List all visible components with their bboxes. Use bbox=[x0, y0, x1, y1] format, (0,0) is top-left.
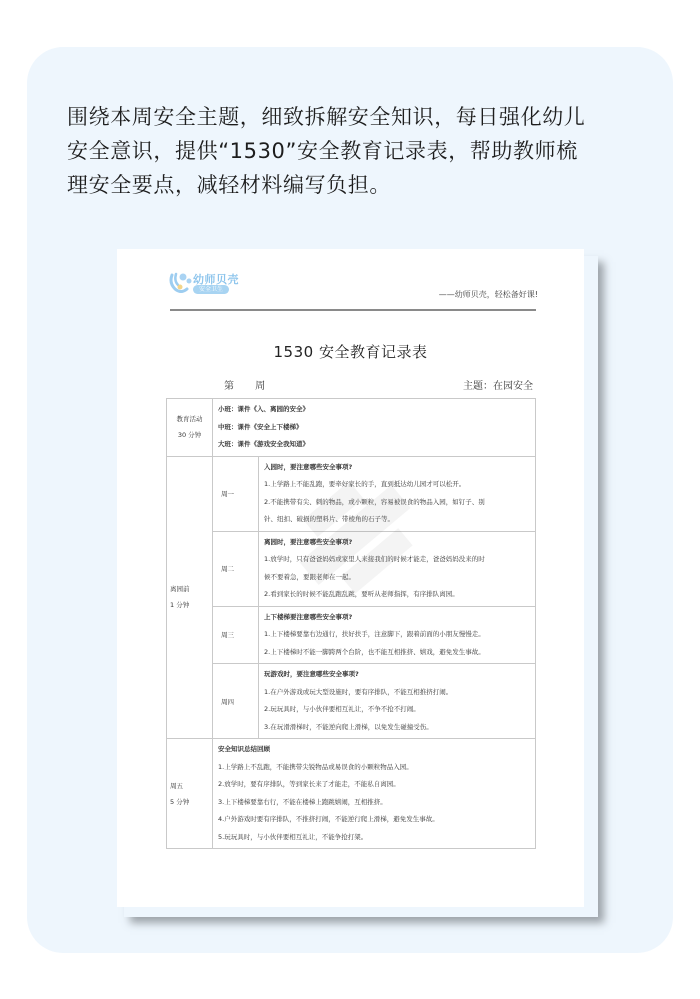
logo: 幼师贝壳 安全卫生 bbox=[167, 269, 267, 299]
cell-duration: 1 分钟 bbox=[170, 597, 212, 613]
day-cell: 周四 bbox=[213, 664, 259, 739]
education-item: 小班：课件《入、离园的安全》 bbox=[218, 401, 531, 419]
table-row-wednesday: 周三 上下楼梯要注意哪些安全事项? 1.上下楼梯要靠右边通行，扶好扶手，注意脚下… bbox=[167, 606, 536, 664]
cell-duration: 30 分钟 bbox=[167, 427, 212, 443]
day-heading: 离园时，要注意哪些安全事项? bbox=[264, 534, 531, 552]
intro-line: 围绕本周安全主题，细致拆解安全知识，每日强化幼儿 bbox=[67, 100, 637, 134]
table-row-tuesday: 周二 离园时，要注意哪些安全事项? 1.放学时，只有爸爸妈妈或家里人来接我们的时… bbox=[167, 531, 536, 606]
friday-heading: 安全知识总结回顾 bbox=[218, 741, 531, 759]
table-row-monday: 离园前 1 分钟 周一 入园时，要注意哪些安全事项? 1.上学路上不能乱跑，要牵… bbox=[167, 456, 536, 531]
slogan: ——幼师贝壳，轻松备好课! bbox=[439, 289, 538, 300]
day-heading: 玩游戏时，要注意哪些安全事项? bbox=[264, 666, 531, 684]
day-content-cell: 玩游戏时，要注意哪些安全事项? 1.在户外游戏或玩大型设施时，要有序排队，不能互… bbox=[259, 664, 536, 739]
document-header: 幼师贝壳 安全卫生 ——幼师贝壳，轻松备好课! bbox=[167, 269, 538, 307]
day-line: 2.不能携带有尖、刺的物品，或小颗粒，容易被误食的物品入园，如钉子、别 bbox=[264, 494, 531, 512]
cell-duration: 5 分钟 bbox=[170, 794, 212, 810]
day-line: 1.放学时，只有爸爸妈妈或家里人来接我们的时候才能走，爸爸妈妈没来的时 bbox=[264, 551, 531, 569]
document-title: 1530 安全教育记录表 bbox=[117, 341, 584, 362]
day-content-cell: 离园时，要注意哪些安全事项? 1.放学时，只有爸爸妈妈或家里人来接我们的时候才能… bbox=[259, 531, 536, 606]
day-line: 2.看到家长的时候不能乱跑乱跳，要听从老师指挥，有序排队离园。 bbox=[264, 586, 531, 604]
day-line: 2.玩玩具时，与小伙伴要相互礼让，不争不抢不打闹。 bbox=[264, 701, 531, 719]
friday-line: 2.放学时，要有序排队，等到家长来了才能走，不能私自离园。 bbox=[218, 776, 531, 794]
day-line: 3.在玩滑滑梯时，不能逆向爬上滑梯，以免发生碰撞受伤。 bbox=[264, 719, 531, 737]
education-item: 中班：课件《安全上下楼梯》 bbox=[218, 419, 531, 437]
day-content-cell: 入园时，要注意哪些安全事项? 1.上学路上不能乱跑，要牵好家长的手，直到抵达幼儿… bbox=[259, 456, 536, 531]
document-preview: 幼师贝壳 安全卫生 ——幼师贝壳，轻松备好课! 1530 安全教育记录表 第 周… bbox=[117, 249, 584, 907]
intro-text: 围绕本周安全主题，细致拆解安全知识，每日强化幼儿 安全意识，提供“1530”安全… bbox=[67, 100, 637, 202]
friday-line: 4.户外游戏时要有序排队，不推挤打闹，不能逆行爬上滑梯，避免发生事故。 bbox=[218, 811, 531, 829]
cell-label: 教育活动 bbox=[167, 411, 212, 427]
table-row-friday: 周五 5 分钟 安全知识总结回顾 1.上学路上不乱跑，不能携带尖锐物品或易误食的… bbox=[167, 739, 536, 849]
friday-line: 3.上下楼梯要靠右行，不能在楼梯上跑跳嬉闹，互相推挤。 bbox=[218, 794, 531, 812]
education-label-cell: 教育活动 30 分钟 bbox=[167, 399, 213, 457]
day-line: 1.在户外游戏或玩大型设施时，要有序排队，不能互相推挤打闹。 bbox=[264, 684, 531, 702]
day-cell: 周一 bbox=[213, 456, 259, 531]
day-line: 2.上下楼梯时不能一脚跨两个台阶，也不能互相推挤、嬉戏，避免发生事故。 bbox=[264, 644, 531, 662]
day-line: 1.上学路上不能乱跑，要牵好家长的手，直到抵达幼儿园才可以松开。 bbox=[264, 476, 531, 494]
logo-badge: 安全卫生 bbox=[193, 285, 229, 294]
table-row-education: 教育活动 30 分钟 小班：课件《入、离园的安全》 中班：课件《安全上下楼梯》 … bbox=[167, 399, 536, 457]
day-heading: 入园时，要注意哪些安全事项? bbox=[264, 459, 531, 477]
theme-label: 主题：在园安全 bbox=[463, 377, 533, 392]
day-heading: 上下楼梯要注意哪些安全事项? bbox=[264, 609, 531, 627]
day-line: 针、纽扣、破损的塑料片、带棱角的石子等。 bbox=[264, 511, 531, 529]
day-content-cell: 上下楼梯要注意哪些安全事项? 1.上下楼梯要靠右边通行，扶好扶手，注意脚下，跟着… bbox=[259, 606, 536, 664]
shell-hand-logo-icon bbox=[167, 269, 193, 295]
day-cell: 周三 bbox=[213, 606, 259, 664]
cell-label: 周五 bbox=[170, 778, 212, 794]
day-cell: 周二 bbox=[213, 531, 259, 606]
intro-line: 安全意识，提供“1530”安全教育记录表，帮助教师梳 bbox=[67, 134, 637, 168]
week-label: 第 周 bbox=[224, 377, 265, 392]
education-content-cell: 小班：课件《入、离园的安全》 中班：课件《安全上下楼梯》 大班：课件《游戏安全我… bbox=[213, 399, 536, 457]
table-row-thursday: 周四 玩游戏时，要注意哪些安全事项? 1.在户外游戏或玩大型设施时，要有序排队，… bbox=[167, 664, 536, 739]
friday-line: 1.上学路上不乱跑，不能携带尖锐物品或易误食的小颗粒物品入园。 bbox=[218, 759, 531, 777]
day-line: 候不要着急，要跟老师在一起。 bbox=[264, 569, 531, 587]
intro-line: 理安全要点，减轻材料编写负担。 bbox=[67, 168, 637, 202]
header-divider bbox=[170, 309, 536, 311]
friday-label-cell: 周五 5 分钟 bbox=[167, 739, 213, 849]
friday-content-cell: 安全知识总结回顾 1.上学路上不乱跑，不能携带尖锐物品或易误食的小颗粒物品入园。… bbox=[213, 739, 536, 849]
safety-record-table: 教育活动 30 分钟 小班：课件《入、离园的安全》 中班：课件《安全上下楼梯》 … bbox=[166, 398, 536, 849]
before-leaving-label-cell: 离园前 1 分钟 bbox=[167, 456, 213, 739]
friday-line: 5.玩玩具时，与小伙伴要相互礼让，不能争抢打架。 bbox=[218, 829, 531, 847]
day-line: 1.上下楼梯要靠右边通行，扶好扶手，注意脚下，跟着前面的小朋友慢慢走。 bbox=[264, 626, 531, 644]
education-item: 大班：课件《游戏安全我知道》 bbox=[218, 436, 531, 454]
cell-label: 离园前 bbox=[170, 581, 212, 597]
